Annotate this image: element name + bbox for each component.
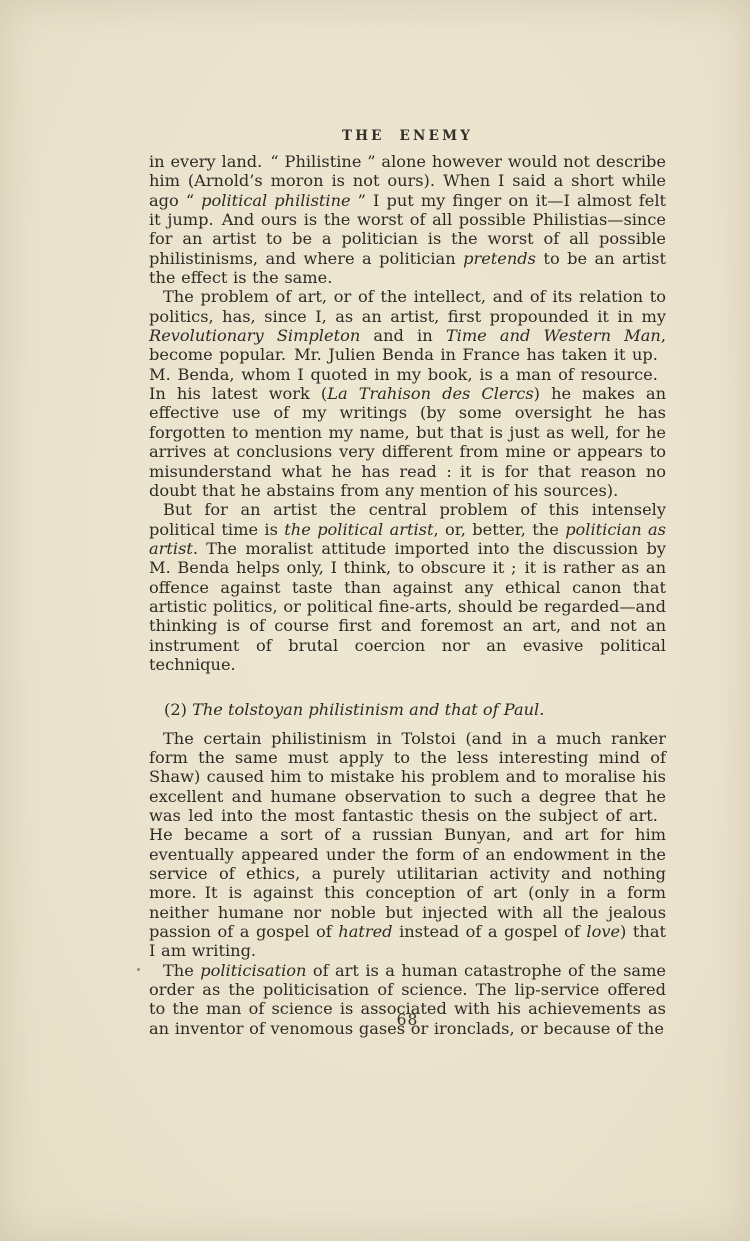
page-number: 68 xyxy=(149,1011,666,1029)
text-run: instead of a gospel of xyxy=(393,922,587,941)
section-title: The tolstoyan philistinism and that of P… xyxy=(192,700,544,719)
ink-speck xyxy=(137,968,140,971)
italic-run: hatred xyxy=(338,922,392,941)
text-run: , or, better, the xyxy=(434,520,566,539)
italic-run: the political artist xyxy=(284,520,433,539)
section-heading: (2) The tolstoyan philistinism and that … xyxy=(149,700,666,719)
text-run: The problem of art, or of the intellect,… xyxy=(149,287,666,325)
paragraph: The certain philistinism in Tolstoi (and… xyxy=(149,729,666,961)
text-run: and in xyxy=(360,326,446,345)
text-run: The xyxy=(163,961,200,980)
text-run: The certain philistinism in Tolstoi (and… xyxy=(149,729,666,941)
book-page: THE ENEMY in every land. “ Philistine ” … xyxy=(0,0,750,1241)
italic-run: love xyxy=(586,922,620,941)
italic-run: political philistine xyxy=(201,191,350,210)
italic-run: Time and Western Man xyxy=(446,326,661,345)
italic-run: pretends xyxy=(463,249,536,268)
italic-run: politicisation xyxy=(200,961,306,980)
paragraph: But for an artist the central problem of… xyxy=(149,500,666,674)
running-header: THE ENEMY xyxy=(149,128,666,144)
text-run: . The moralist attitude imported into th… xyxy=(149,539,666,674)
paragraph: The problem of art, or of the intellect,… xyxy=(149,287,666,500)
section-number: (2) xyxy=(164,700,192,719)
italic-run: La Trahison des Clercs xyxy=(327,384,533,403)
text-block: in every land. “ Philistine ” alone howe… xyxy=(149,152,666,1038)
paragraph-continuation: in every land. “ Philistine ” alone howe… xyxy=(149,152,666,287)
italic-run: Revolutionary Simpleton xyxy=(149,326,360,345)
